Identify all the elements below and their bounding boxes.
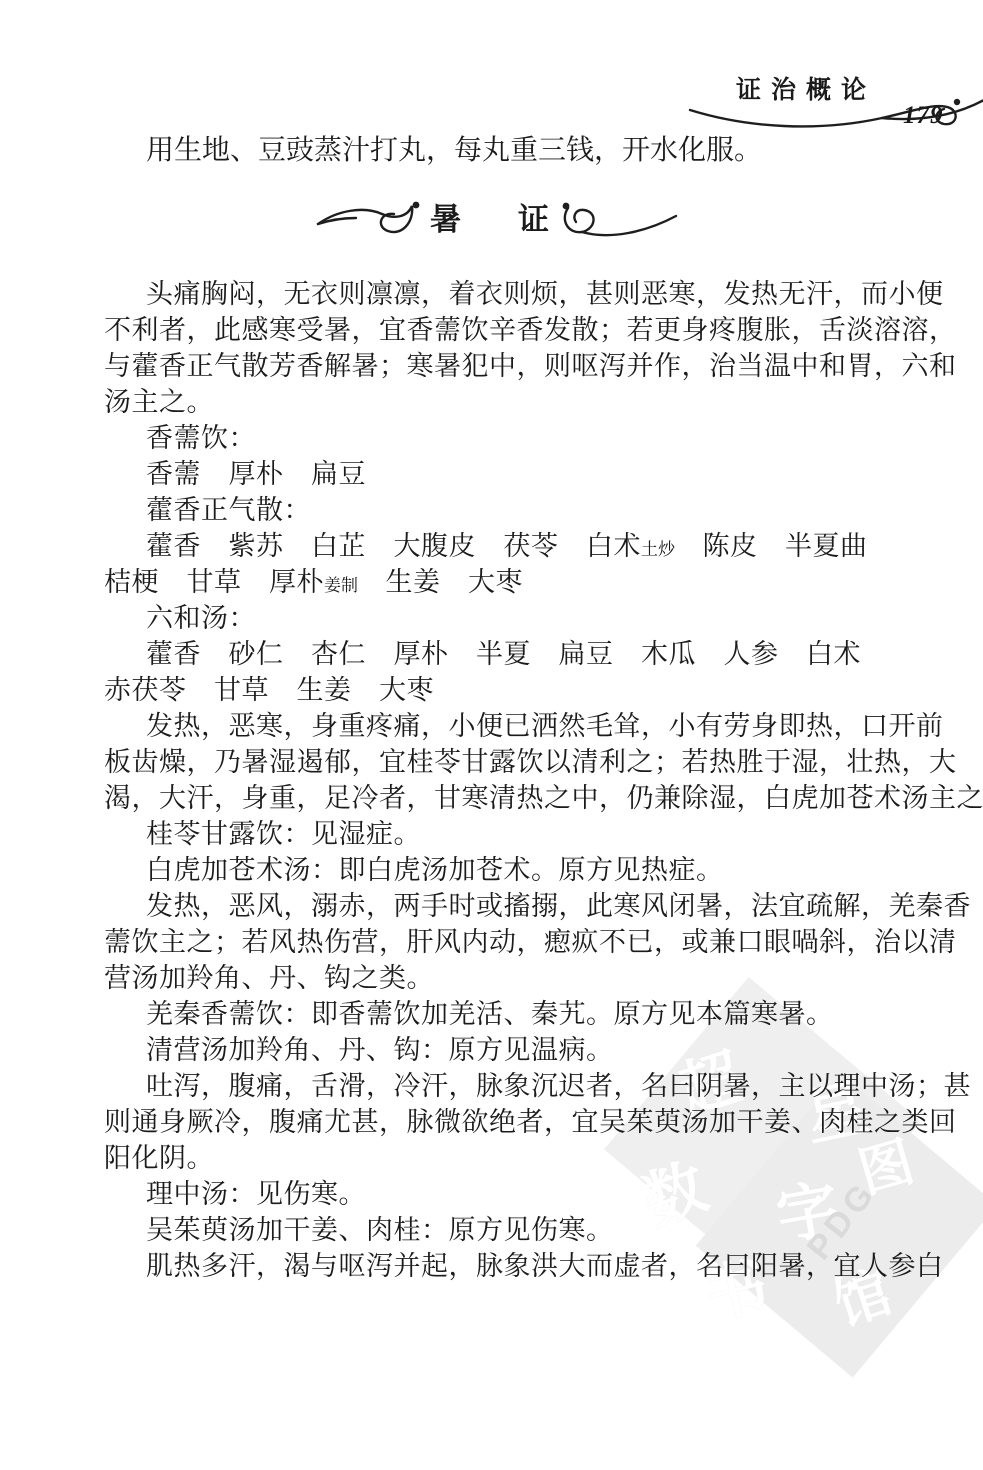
text-line: 赤茯苓 甘草 生姜 大枣 <box>104 672 904 708</box>
line-text: 发热，恶寒，身重疼痛，小便已洒然毛耸，小有劳身即热，口开前 <box>146 711 944 741</box>
line-text: 板齿燥，乃暑湿遏郁，宜桂苓甘露饮以清利之；若热胜于湿，壮热，大 <box>104 747 957 777</box>
line-text: 则通身厥冷，腹痛尤甚，脉微欲绝者，宜吴茱萸汤加干姜、肉桂之类回 <box>104 1107 957 1137</box>
text-line: 藿香 紫苏 白芷 大腹皮 茯苓 白术土炒 陈皮 半夏曲 <box>104 528 904 564</box>
text-line: 不利者，此感寒受暑，宜香薷饮辛香发散；若更身疼腹胀，舌淡溶溶， <box>104 312 904 348</box>
text-line: 香薷 厚朴 扁豆 <box>104 456 904 492</box>
text-line: 汤主之。 <box>104 384 904 420</box>
line-text: 薷饮主之；若风热伤营，肝风内动，瘛疭不已，或兼口眼喎斜，治以清 <box>104 927 957 957</box>
text-line: 清营汤加羚角、丹、钩：原方见温病。 <box>104 1032 904 1068</box>
section-title-char: 证 <box>518 194 549 239</box>
text-line: 藿香 砂仁 杏仁 厚朴 半夏 扁豆 木瓜 人参 白术 <box>104 636 904 672</box>
line-text: 藿香 紫苏 白芷 大腹皮 茯苓 白术 <box>146 531 641 561</box>
line-text: 桔梗 甘草 厚朴 <box>104 567 324 597</box>
section-title-char: 暑 <box>430 194 461 239</box>
title-flourish-right-icon <box>558 196 678 244</box>
line-text: 赤茯苓 甘草 生姜 大枣 <box>104 675 434 705</box>
line-text: 肌热多汗，渴与呕泻并起，脉象洪大而虚者，名曰阳暑，宜人参白 <box>146 1251 944 1281</box>
line-text: 发热，恶风，溺赤，两手时或搐搦，此寒风闭暑，法宜疏解，羌秦香 <box>146 891 971 921</box>
page-number: 179 <box>903 102 944 130</box>
text-line: 则通身厥冷，腹痛尤甚，脉微欲绝者，宜吴茱萸汤加干姜、肉桂之类回 <box>104 1104 904 1140</box>
text-line: 理中汤：见伤寒。 <box>104 1176 904 1212</box>
text-line: 渴，大汗，身重，足冷者，甘寒清热之中，仍兼除湿，白虎加苍术汤主之。 <box>104 780 904 816</box>
text-line: 与藿香正气散芳香解暑；寒暑犯中，则呕泻并作，治当温中和胃，六和 <box>104 348 904 384</box>
line-text: 香薷饮： <box>146 423 256 453</box>
text-line: 肌热多汗，渴与呕泻并起，脉象洪大而虚者，名曰阳暑，宜人参白 <box>104 1248 904 1284</box>
line-text: 藿香 砂仁 杏仁 厚朴 半夏 扁豆 木瓜 人参 白术 <box>146 639 861 669</box>
herb-preparation-note: 姜制 <box>324 576 358 595</box>
text-line: 发热，恶寒，身重疼痛，小便已洒然毛耸，小有劳身即热，口开前 <box>104 708 904 744</box>
text-line: 阳化阴。 <box>104 1140 904 1176</box>
text-line: 香薷饮： <box>104 420 904 456</box>
intro-line: 用生地、豆豉蒸汁打丸，每丸重三钱，开水化服。 <box>146 134 762 168</box>
text-line: 藿香正气散： <box>104 492 904 528</box>
line-text: 陈皮 半夏曲 <box>675 531 868 561</box>
text-line: 营汤加羚角、丹、钩之类。 <box>104 960 904 996</box>
line-text: 清营汤加羚角、丹、钩：原方见温病。 <box>146 1035 614 1065</box>
line-text: 头痛胸闷，无衣则凛凛，着衣则烦，甚则恶寒，发热无汗，而小便 <box>146 279 944 309</box>
herb-preparation-note: 土炒 <box>641 540 675 559</box>
scanned-book-page: 超星数字图书馆 PDG 证治概论 179 用生地、豆豉蒸汁打丸，每丸重三钱，开水… <box>0 0 983 1470</box>
text-line: 桔梗 甘草 厚朴姜制 生姜 大枣 <box>104 564 904 600</box>
line-text: 白虎加苍术汤：即白虎汤加苍术。原方见热症。 <box>146 855 724 885</box>
line-text: 六和汤： <box>146 603 256 633</box>
line-text: 羌秦香薷饮：即香薷饮加羌活、秦艽。原方见本篇寒暑。 <box>146 999 834 1029</box>
text-line: 六和汤： <box>104 600 904 636</box>
line-text: 不利者，此感寒受暑，宜香薷饮辛香发散；若更身疼腹胀，舌淡溶溶， <box>104 315 957 345</box>
text-line: 板齿燥，乃暑湿遏郁，宜桂苓甘露饮以清利之；若热胜于湿，壮热，大 <box>104 744 904 780</box>
line-text: 吴茱萸汤加干姜、肉桂：原方见伤寒。 <box>146 1215 614 1245</box>
line-text: 生姜 大枣 <box>358 567 523 597</box>
line-text: 香薷 厚朴 扁豆 <box>146 459 366 489</box>
line-text: 与藿香正气散芳香解暑；寒暑犯中，则呕泻并作，治当温中和胃，六和 <box>104 351 957 381</box>
line-text: 桂苓甘露饮：见湿症。 <box>146 819 421 849</box>
line-text: 汤主之。 <box>104 387 214 417</box>
text-line: 薷饮主之；若风热伤营，肝风内动，瘛疭不已，或兼口眼喎斜，治以清 <box>104 924 904 960</box>
line-text: 理中汤：见伤寒。 <box>146 1179 366 1209</box>
line-text: 吐泻，腹痛，舌滑，冷汗，脉象沉迟者，名曰阴暑，主以理中汤；甚 <box>146 1071 971 1101</box>
text-line: 吐泻，腹痛，舌滑，冷汗，脉象沉迟者，名曰阴暑，主以理中汤；甚 <box>104 1068 904 1104</box>
text-line: 桂苓甘露饮：见湿症。 <box>104 816 904 852</box>
line-text: 阳化阴。 <box>104 1143 214 1173</box>
text-line: 羌秦香薷饮：即香薷饮加羌活、秦艽。原方见本篇寒暑。 <box>104 996 904 1032</box>
line-text: 藿香正气散： <box>146 495 311 525</box>
body-lines: 头痛胸闷，无衣则凛凛，着衣则烦，甚则恶寒，发热无汗，而小便不利者，此感寒受暑，宜… <box>104 276 904 1284</box>
line-text: 渴，大汗，身重，足冷者，甘寒清热之中，仍兼除湿，白虎加苍术汤主之。 <box>104 783 983 813</box>
text-line: 吴茱萸汤加干姜、肉桂：原方见伤寒。 <box>104 1212 904 1248</box>
text-line: 白虎加苍术汤：即白虎汤加苍术。原方见热症。 <box>104 852 904 888</box>
line-text: 营汤加羚角、丹、钩之类。 <box>104 963 434 993</box>
title-flourish-left-icon <box>316 198 422 246</box>
text-line: 头痛胸闷，无衣则凛凛，着衣则烦，甚则恶寒，发热无汗，而小便 <box>104 276 904 312</box>
text-line: 发热，恶风，溺赤，两手时或搐搦，此寒风闭暑，法宜疏解，羌秦香 <box>104 888 904 924</box>
